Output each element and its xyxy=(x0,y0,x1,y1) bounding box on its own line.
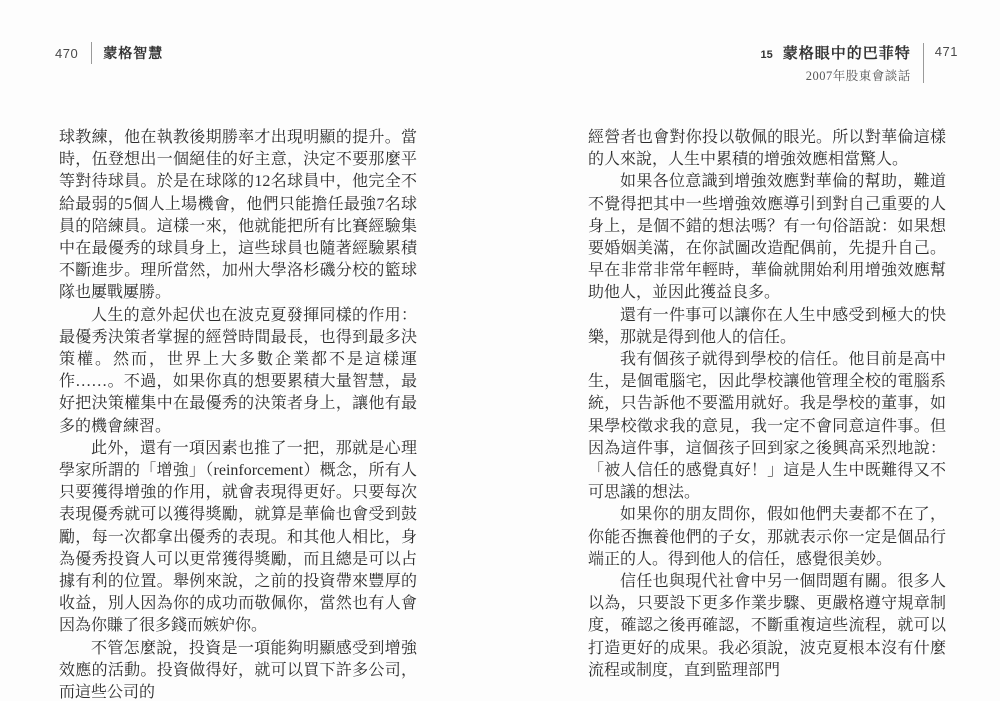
chapter-subtitle: 2007年股東會談話 xyxy=(806,66,911,84)
paragraph: 如果你的朋友問你，假如他們夫妻都不在了，你能否撫養他們的子女，那就表示你一定是個… xyxy=(588,504,946,571)
chapter-number: 15 xyxy=(761,49,773,61)
paragraph: 球教練，他在執教後期勝率才出現明顯的提升。當時，伍登想出一個絕佳的好主意，決定不… xyxy=(59,127,417,305)
header-divider xyxy=(923,43,924,83)
header-divider xyxy=(91,42,92,64)
paragraph: 如果各位意識到增強效應對華倫的幫助，難道不覺得把其中一些增強效應導引到對自己重要… xyxy=(588,171,946,304)
right-page-number: 471 xyxy=(935,42,958,59)
paragraph: 人生的意外起伏也在波克夏發揮同樣的作用：最優秀決策者掌握的經營時間最長，也得到最… xyxy=(59,305,417,438)
paragraph: 不管怎麼說，投資是一項能夠明顯感受到增強效應的活動。投資做得好，就可以買下許多公… xyxy=(59,638,417,701)
paragraph: 信任也與現代社會中另一個問題有關。很多人以為，只要設下更多作業步驟、更嚴格遵守規… xyxy=(588,571,946,682)
right-page-header: 15 蒙格眼中的巴菲特 2007年股東會談話 471 xyxy=(761,42,958,84)
book-title: 蒙格智慧 xyxy=(103,43,163,63)
book-spread: 470 蒙格智慧 15 蒙格眼中的巴菲特 2007年股東會談話 471 球教練，… xyxy=(0,0,1000,701)
left-page-text-column: 球教練，他在執教後期勝率才出現明顯的提升。當時，伍登想出一個絕佳的好主意，決定不… xyxy=(59,127,417,701)
paragraph: 還有一件事可以讓你在人生中感受到極大的快樂，那就是得到他人的信任。 xyxy=(588,305,946,349)
paragraph: 我有個孩子就得到學校的信任。他目前是高中生，是個電腦宅，因此學校讓他管理全校的電… xyxy=(588,349,946,504)
chapter-header-block: 15 蒙格眼中的巴菲特 2007年股東會談話 xyxy=(761,42,911,84)
left-page-number: 470 xyxy=(55,46,78,61)
chapter-title: 蒙格眼中的巴菲特 xyxy=(783,42,911,63)
left-page-header: 470 蒙格智慧 xyxy=(55,42,163,64)
chapter-title-row: 15 蒙格眼中的巴菲特 xyxy=(761,42,911,63)
paragraph: 經營者也會對你投以敬佩的眼光。所以對華倫這樣的人來說，人生中累積的增強效應相當驚… xyxy=(588,127,946,171)
right-page-text-column: 經營者也會對你投以敬佩的眼光。所以對華倫這樣的人來說，人生中累積的增強效應相當驚… xyxy=(588,127,946,682)
paragraph: 此外，還有一項因素也推了一把，那就是心理學家所謂的「增強」（reinforcem… xyxy=(59,438,417,638)
